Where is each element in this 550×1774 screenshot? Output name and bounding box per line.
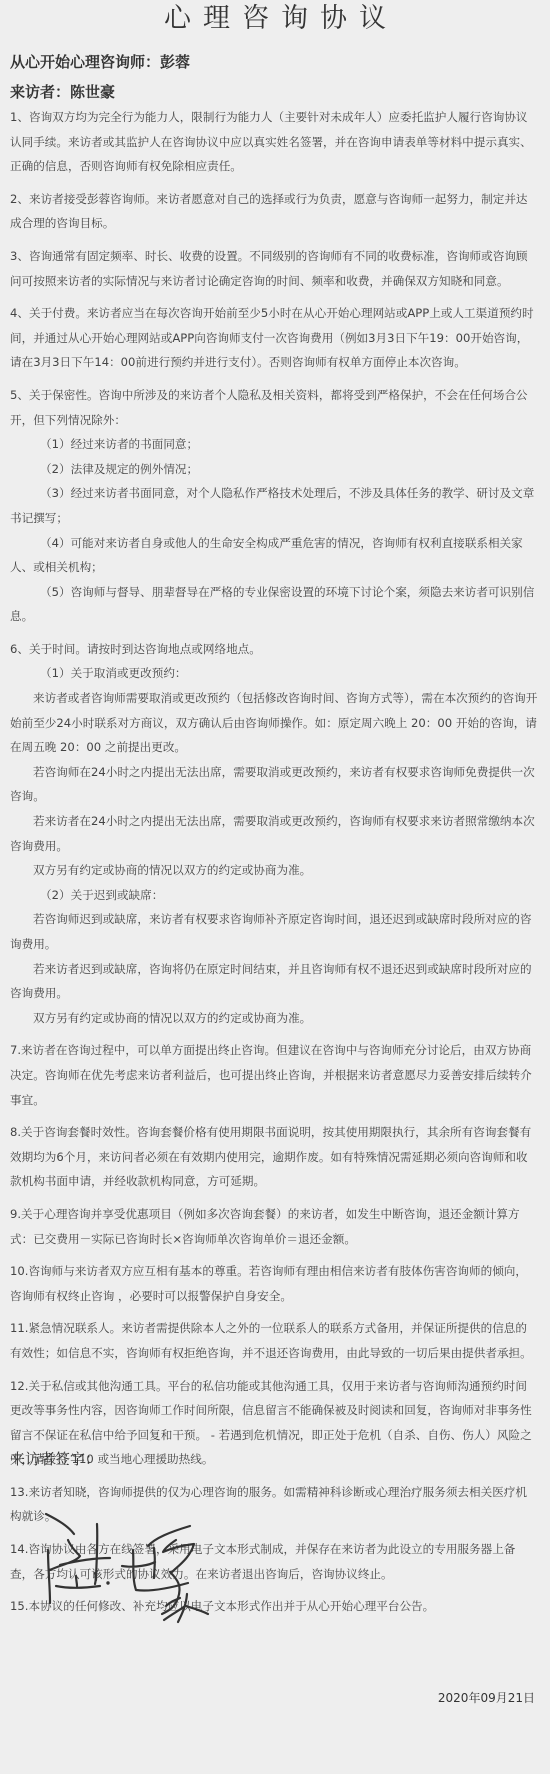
document-title: 心理咨询协议	[0, 2, 550, 36]
agreement-paragraph: 5、关于保密性。咨询中所涉及的来访者个人隐私及相关资料，都将受到严格保护，不会在…	[10, 383, 538, 432]
agreement-paragraph: 双方另有约定或协商的情况以双方的约定或协商为准。	[10, 1006, 538, 1031]
agreement-paragraph: 8.关于咨询套餐时效性。咨询套餐价格有使用期限书面说明，按其使用期限执行，其余所…	[10, 1120, 538, 1194]
counselor-line: 从心开始心理咨询师：彭蓉	[10, 52, 190, 72]
agreement-paragraph: 1、咨询双方均为完全行为能力人，限制行为能力人（主要针对未成年人）应委托监护人履…	[10, 105, 538, 179]
agreement-paragraph: （5）咨询师与督导、朋辈督导在严格的专业保密设置的环境下讨论个案，须隐去来访者可…	[10, 580, 538, 629]
handwritten-signature-icon	[40, 1510, 280, 1650]
agreement-paragraph: 10.咨询师与来访者双方应互相有基本的尊重。若咨询师有理由相信来访者有肢体伤害咨…	[10, 1259, 538, 1308]
agreement-page: 心理咨询协议 从心开始心理咨询师：彭蓉 来访者：陈世豪 1、咨询双方均为完全行为…	[0, 0, 550, 1774]
agreement-paragraph: 若来访者在24小时之内提出无法出席，需要取消或更改预约，咨询师有权要求来访者照常…	[10, 809, 538, 858]
agreement-paragraph: （2）法律及规定的例外情况；	[10, 457, 538, 482]
agreement-paragraph: （4）可能对来访者自身或他人的生命安全构成严重危害的情况，咨询师有权利直接联系相…	[10, 531, 538, 580]
agreement-paragraph: （3）经过来访者书面同意，对个人隐私作严格技术处理后，不涉及具体任务的教学、研讨…	[10, 481, 538, 530]
agreement-paragraph: 6、关于时间。请按时到达咨询地点或网络地点。	[10, 637, 538, 662]
agreement-paragraph: 4、关于付费。来访者应当在每次咨询开始前至少5小时在从心开始心理网站或APP上或…	[10, 301, 538, 375]
agreement-paragraph: 若咨询师迟到或缺席，来访者有权要求咨询师补齐原定咨询时间，退还迟到或缺席时段所对…	[10, 907, 538, 956]
signature-date: 2020年09月21日	[438, 1689, 535, 1706]
signature-label: 来访者签字：	[10, 1448, 100, 1469]
agreement-paragraph: 双方另有约定或协商的情况以双方的约定或协商为准。	[10, 858, 538, 883]
agreement-body: 1、咨询双方均为完全行为能力人，限制行为能力人（主要针对未成年人）应委托监护人履…	[10, 105, 538, 1627]
agreement-paragraph: 若咨询师在24小时之内提出无法出席，需要取消或更改预约，来访者有权要求咨询师免费…	[10, 760, 538, 809]
agreement-paragraph: 若来访者迟到或缺席，咨询将仍在原定时间结束，并且咨询师有权不退还迟到或缺席时段所…	[10, 957, 538, 1006]
agreement-paragraph: 3、咨询通常有固定频率、时长、收费的设置。不同级别的咨询师有不同的收费标准，咨询…	[10, 244, 538, 293]
agreement-paragraph: （1）经过来访者的书面同意；	[10, 432, 538, 457]
visitor-line: 来访者：陈世豪	[10, 82, 115, 102]
agreement-paragraph: 9.关于心理咨询并享受优惠项目（例如多次咨询套餐）的来访者，如发生中断咨询，退还…	[10, 1202, 538, 1251]
agreement-paragraph: （1）关于取消或更改预约：	[10, 661, 538, 686]
agreement-paragraph: 2、来访者接受彭蓉咨询师。来访者愿意对自己的选择或行为负责，愿意与咨询师一起努力…	[10, 187, 538, 236]
agreement-paragraph: 11.紧急情况联系人。来访者需提供除本人之外的一位联系人的联系方式备用，并保证所…	[10, 1316, 538, 1365]
agreement-paragraph: 7.来访者在咨询过程中，可以单方面提出终止咨询。但建议在咨询中与咨询师充分讨论后…	[10, 1038, 538, 1112]
agreement-paragraph: 来访者或者咨询师需要取消或更改预约（包括修改咨询时间、咨询方式等），需在本次预约…	[10, 686, 538, 760]
agreement-paragraph: （2）关于迟到或缺席：	[10, 883, 538, 908]
